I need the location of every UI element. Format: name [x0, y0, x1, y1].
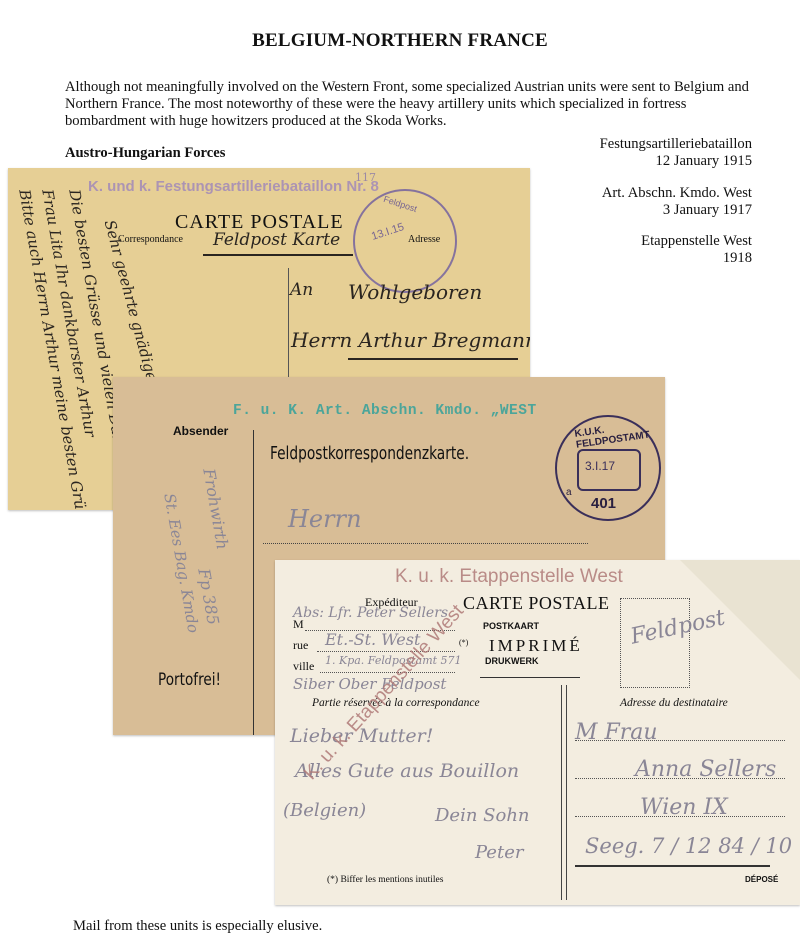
address-baseline	[575, 865, 770, 867]
field-label-ville: ville	[293, 659, 314, 674]
pencil-note: 117	[355, 171, 376, 184]
unit-cachet: K. u. k. Etappenstelle West	[395, 566, 623, 588]
caption-unit: Art. Abschn. Kmdo. West	[602, 185, 752, 202]
postmark-number: 401	[591, 495, 616, 512]
subtitle-drukwerk: DRUKWERK	[485, 656, 539, 666]
handwritten-sender: Et.-St. West	[325, 630, 420, 649]
handwritten-address-2: Wohlgeboren	[348, 280, 482, 304]
sender-label: Absender	[173, 424, 228, 438]
handwritten-sender: Abs: Lfr. Peter Sellers	[293, 605, 448, 621]
unit-cachet: K. und k. Festungsartilleriebataillon Nr…	[88, 178, 379, 195]
feldpostamt-postmark: K.U.K. FELDPOSTAMT 3.I.17 a 401	[555, 415, 661, 521]
card-title: CARTE POSTALE	[463, 593, 609, 614]
subtitle-imprime: IMPRIMÉ	[489, 636, 583, 656]
caption-art-abschn: Art. Abschn. Kmdo. West 3 January 1917	[602, 185, 752, 219]
underline	[348, 358, 518, 360]
ornament-rule	[480, 677, 580, 678]
handwritten-header: Feldpost Karte	[213, 230, 340, 250]
handwritten-sender: Frohwirth	[199, 467, 232, 551]
footnote: (*) Biffer les mentions inutiles	[327, 875, 443, 885]
postmark-date: 3.I.17	[585, 459, 615, 473]
handwritten-address: Herrn	[288, 505, 362, 533]
handwritten-address: Anna Sellers	[635, 757, 776, 782]
portofrei-label: Portofrei!	[158, 670, 221, 690]
handwritten-message: (Belgien)	[283, 800, 366, 821]
card-divider	[561, 685, 567, 900]
handwritten-message: Dein Sohn	[435, 805, 530, 826]
address-label: Adresse du destinataire	[620, 697, 728, 709]
postmark-top: Feldpost	[382, 194, 418, 214]
underline	[203, 254, 353, 256]
address-line	[263, 543, 588, 544]
caption-date: 12 January 1915	[600, 153, 752, 170]
handwritten-address: Seeg. 7 / 12 84 / 10	[585, 834, 792, 858]
postcard-etappenstelle: K. u. k. Etappenstelle West Expéditeur C…	[275, 560, 800, 905]
handwritten-message: Peter	[475, 842, 523, 863]
footer-note: Mail from these units is especially elus…	[73, 918, 322, 935]
handwritten-address: M Frau	[575, 720, 658, 745]
handwritten-address-3: Herrn Arthur Bregmann	[291, 328, 530, 352]
caption-etappenstelle: Etappenstelle West 1918	[641, 233, 752, 267]
caption-unit: Etappenstelle West	[641, 233, 752, 250]
handwritten-sender: St. Ees Bag. Kmdo	[160, 492, 202, 634]
correspondance-label: Correspondance	[118, 234, 183, 245]
star-mark: (*)	[459, 638, 468, 647]
caption-festungsartillerie: Festungsartilleriebataillon 12 January 1…	[600, 136, 752, 170]
caption-date: 1918	[641, 250, 752, 267]
postmark-cancel: 117 Feldpost 13.I.15	[353, 189, 457, 293]
card-divider	[253, 430, 254, 735]
section-heading: Austro-Hungarian Forces	[65, 145, 225, 162]
caption-unit: Festungsartilleriebataillon	[600, 136, 752, 153]
caption-date: 3 January 1917	[602, 202, 752, 219]
intro-paragraph: Although not meaningfully involved on th…	[65, 79, 755, 130]
correspondence-label: Partie réservée à la correspondance	[312, 697, 480, 709]
postmark-letter: a	[566, 487, 572, 498]
depose-mark: DÉPOSÉ	[745, 875, 778, 884]
handwritten-address: Wien IX	[640, 795, 728, 820]
unit-cachet: F. u. K. Art. Abschn. Kmdo. „WEST	[233, 403, 537, 419]
page-title: BELGIUM-NORTHERN FRANCE	[0, 30, 800, 52]
postmark-date: 13.I.15	[370, 221, 406, 243]
handwritten-address-1: An	[290, 280, 313, 300]
handwritten-sender: Siber Ober Feldpost	[293, 675, 446, 693]
card-title: Feldpostkorrespondenzkarte.	[270, 443, 469, 464]
field-label-rue: rue	[293, 638, 308, 653]
subtitle-postkaart: POSTKAART	[483, 621, 539, 631]
postmark-top: K.U.K. FELDPOSTAMT	[574, 417, 660, 450]
